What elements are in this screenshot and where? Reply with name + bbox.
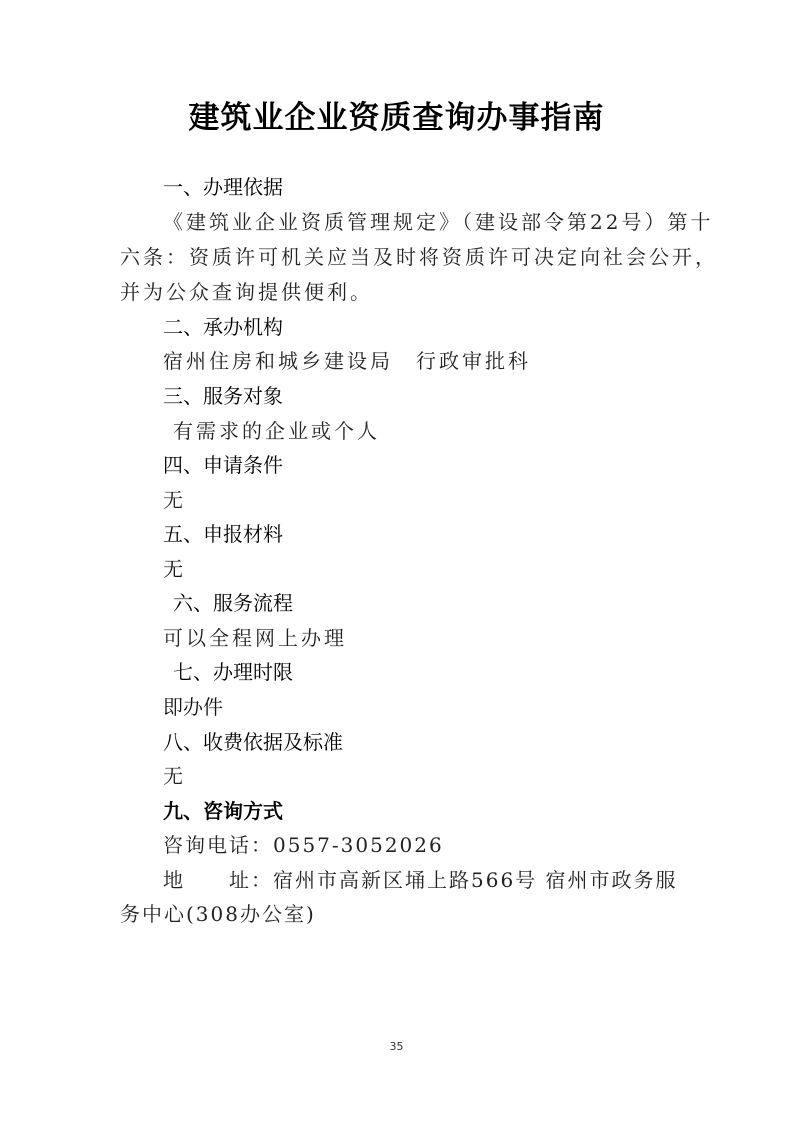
- section-heading-organization: 二、承办机构: [163, 314, 283, 340]
- section-heading-process: 六、服务流程: [173, 590, 293, 616]
- section-heading-service-target: 三、服务对象: [163, 383, 283, 409]
- section-heading-conditions: 四、申请条件: [163, 452, 283, 478]
- section-body-line: 无: [163, 763, 186, 789]
- section-heading-contact: 九、咨询方式: [163, 798, 283, 824]
- contact-address: 地 址：宿州市高新区埇上路566号 宿州市政务服: [163, 867, 678, 893]
- page-number: 35: [0, 1040, 793, 1053]
- section-body-line: 可以全程网上办理: [163, 625, 347, 651]
- contact-phone: 咨询电话：0557-3052026: [163, 832, 444, 858]
- contact-address-continued: 务中心(308办公室): [120, 901, 316, 927]
- section-body-line: 宿州住房和城乡建设局 行政审批科: [163, 348, 531, 374]
- page-title: 建筑业企业资质查询办事指南: [0, 92, 793, 137]
- section-body-line: 《建筑业企业资质管理规定》（建设部令第22号）第十: [163, 209, 713, 235]
- section-body-line: 无: [163, 487, 186, 513]
- section-heading-time-limit: 七、办理时限: [173, 659, 293, 685]
- section-body-line: 无: [163, 556, 183, 582]
- section-body-line: 六条：资质许可机关应当及时将资质许可决定向社会公开，: [120, 244, 718, 270]
- document-page: 建筑业企业资质查询办事指南 一、办理依据 《建筑业企业资质管理规定》（建设部令第…: [0, 0, 793, 1122]
- section-heading-fees: 八、收费依据及标准: [163, 729, 343, 755]
- section-body-line: 即办件: [163, 694, 223, 720]
- section-heading-basis: 一、办理依据: [163, 174, 283, 200]
- section-body-line: 有需求的企业或个人: [173, 418, 380, 444]
- section-body-line: 并为公众查询提供便利。: [120, 279, 373, 305]
- section-heading-materials: 五、申报材料: [163, 521, 283, 547]
